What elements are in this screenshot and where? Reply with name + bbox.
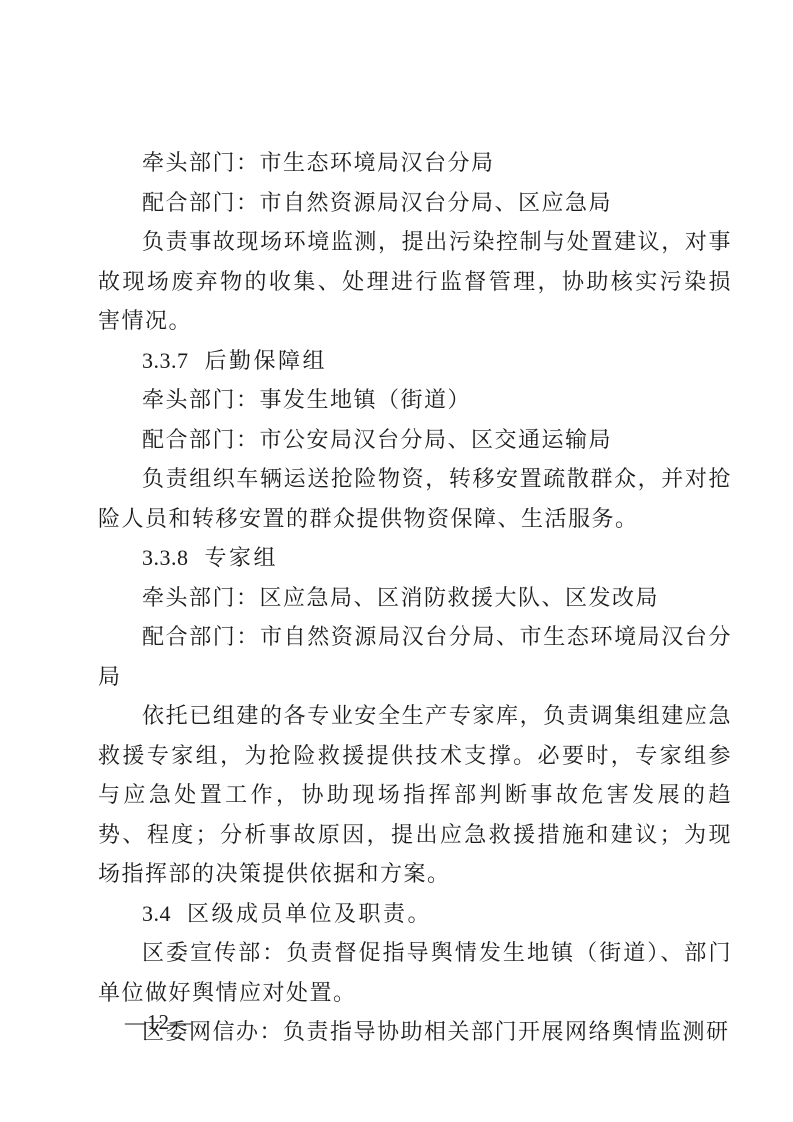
heading-title: 专家组 [205, 545, 279, 570]
heading-number: 3.3.7 [142, 348, 189, 373]
paragraph-lead-dept-logistics: 牵头部门：事发生地镇（街道） [98, 380, 732, 420]
document-content: 牵头部门：市生态环境局汉台分局 配合部门：市自然资源局汉台分局、区应急局 负责事… [98, 143, 732, 1052]
heading-number: 3.4 [142, 901, 171, 926]
heading-3-4: 3.4区级成员单位及职责。 [98, 894, 732, 934]
heading-3-3-7: 3.3.7后勤保障组 [98, 341, 732, 381]
paragraph-support-dept-experts: 配合部门：市自然资源局汉台分局、市生态环境局汉台分局 [98, 617, 732, 696]
document-page: 牵头部门：市生态环境局汉台分局 配合部门：市自然资源局汉台分局、区应急局 负责事… [0, 0, 793, 1122]
paragraph-propaganda-dept: 区委宣传部：负责督促指导舆情发生地镇（街道）、部门单位做好舆情应对处置。 [98, 933, 732, 1012]
heading-title: 后勤保障组 [205, 348, 328, 373]
page-number: —12— [125, 1010, 192, 1035]
heading-3-3-8: 3.3.8专家组 [98, 538, 732, 578]
paragraph-experts-duties: 依托已组建的各专业安全生产专家库，负责调集组建应急救援专家组，为抢险救援提供技术… [98, 696, 732, 894]
paragraph-lead-dept-experts: 牵头部门：区应急局、区消防救援大队、区发改局 [98, 578, 732, 618]
heading-number: 3.3.8 [142, 545, 189, 570]
paragraph-lead-dept-env: 牵头部门：市生态环境局汉台分局 [98, 143, 732, 183]
paragraph-support-dept-env: 配合部门：市自然资源局汉台分局、区应急局 [98, 183, 732, 223]
paragraph-logistics-duties: 负责组织车辆运送抢险物资，转移安置疏散群众，并对抢险人员和转移安置的群众提供物资… [98, 459, 732, 538]
paragraph-cyberspace-office: 区委网信办：负责指导协助相关部门开展网络舆情监测研 [98, 1012, 732, 1052]
paragraph-env-duties: 负责事故现场环境监测，提出污染控制与处置建议，对事故现场废弃物的收集、处理进行监… [98, 222, 732, 341]
heading-title: 区级成员单位及职责。 [187, 901, 432, 926]
paragraph-support-dept-logistics: 配合部门：市公安局汉台分局、区交通运输局 [98, 420, 732, 460]
